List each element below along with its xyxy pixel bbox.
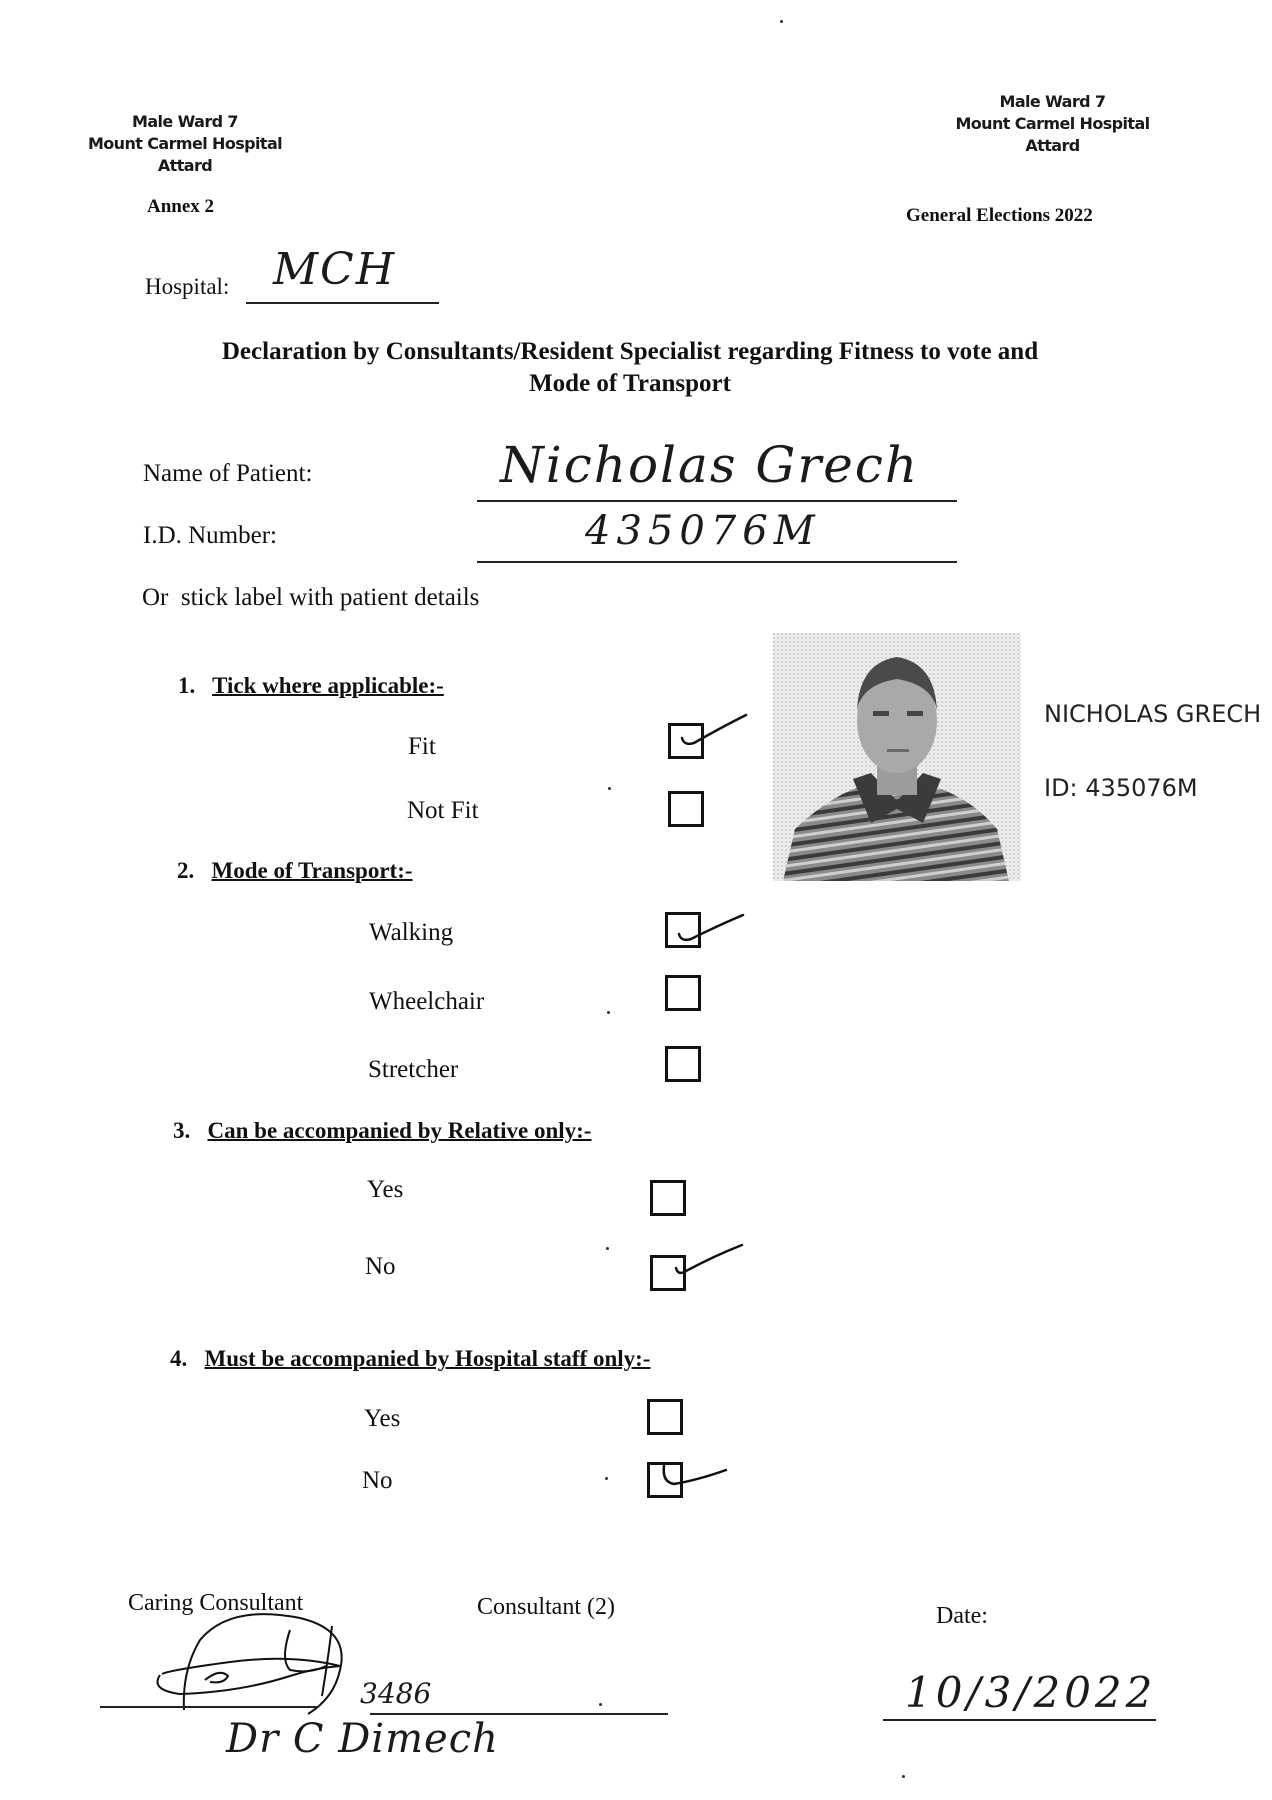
option-wheelchair-label: Wheelchair	[369, 988, 484, 1016]
section-2-title: Mode of Transport:-	[212, 858, 413, 883]
scan-speck	[608, 787, 611, 790]
handwritten-signature-icon[interactable]	[140, 1610, 390, 1720]
hospital-label: Hospital:	[145, 274, 229, 300]
checkbox-wheelchair[interactable]	[665, 975, 701, 1011]
checkbox-relative-no[interactable]	[650, 1255, 686, 1291]
form-title-line1: Declaration by Consultants/Resident Spec…	[120, 336, 1140, 368]
section-4-number: 4.	[170, 1346, 187, 1371]
patient-id-line	[477, 561, 957, 563]
option-relative-no-label: No	[365, 1253, 396, 1281]
section-4-title: Must be accompanied by Hospital staff on…	[205, 1346, 651, 1371]
signed-name: Dr C Dimech	[226, 1716, 499, 1762]
section-1-number: 1.	[178, 673, 195, 698]
option-fit-label: Fit	[408, 733, 436, 761]
date-field[interactable]: 10/3/2022	[905, 1668, 1156, 1717]
scan-speck	[607, 1011, 610, 1014]
scan-speck	[599, 1703, 602, 1706]
right-stamp-line3: Attard	[945, 135, 1160, 157]
scan-speck	[780, 20, 783, 23]
right-stamp-line1: Male Ward 7	[945, 91, 1160, 113]
registration-number: 3486	[360, 1677, 431, 1710]
checkbox-not-fit[interactable]	[668, 791, 704, 827]
consultant-2-signature-line	[370, 1713, 668, 1715]
option-staff-no-label: No	[362, 1467, 393, 1495]
patient-id-label: I.D. Number:	[143, 522, 277, 550]
patient-photo	[773, 633, 1021, 881]
section-3-number: 3.	[173, 1118, 190, 1143]
section-3-title: Can be accompanied by Relative only:-	[208, 1118, 592, 1143]
checkbox-staff-no[interactable]	[647, 1462, 683, 1498]
patient-name-label: Name of Patient:	[143, 460, 312, 488]
sticker-note: Or stick label with patient details	[142, 584, 479, 612]
caring-consultant-signature-line	[100, 1706, 318, 1708]
patient-name-field[interactable]: Nicholas Grech	[500, 436, 919, 494]
consultant-2-label: Consultant (2)	[477, 1594, 615, 1621]
option-relative-yes-label: Yes	[367, 1176, 403, 1204]
section-2-number: 2.	[177, 858, 194, 883]
annex-label: Annex 2	[147, 196, 214, 218]
label-patient-id: ID: 435076M	[1044, 774, 1198, 802]
date-label: Date:	[936, 1603, 988, 1630]
left-stamp-line2: Mount Carmel Hospital	[80, 133, 290, 155]
patient-id-field[interactable]: 435076M	[585, 508, 821, 554]
right-stamp-line2: Mount Carmel Hospital	[945, 113, 1160, 135]
checkbox-staff-yes[interactable]	[647, 1399, 683, 1435]
section-2-heading: 2. Mode of Transport:-	[177, 858, 413, 884]
option-walking-label: Walking	[369, 919, 453, 947]
left-stamp-line1: Male Ward 7	[80, 111, 290, 133]
hospital-field-line	[246, 302, 439, 304]
section-3-heading: 3. Can be accompanied by Relative only:-	[173, 1118, 591, 1144]
election-label: General Elections 2022	[906, 205, 1093, 227]
form-title-line2: Mode of Transport	[120, 368, 1140, 400]
form-title: Declaration by Consultants/Resident Spec…	[120, 336, 1140, 400]
scan-speck	[605, 1477, 608, 1480]
section-4-heading: 4. Must be accompanied by Hospital staff…	[170, 1346, 650, 1372]
date-line	[883, 1719, 1156, 1721]
checkbox-fit[interactable]	[668, 723, 704, 759]
patient-name-line	[477, 500, 957, 502]
option-staff-yes-label: Yes	[364, 1405, 400, 1433]
checkbox-stretcher[interactable]	[665, 1046, 701, 1082]
checkbox-relative-yes[interactable]	[650, 1180, 686, 1216]
patient-photo-icon	[773, 633, 1021, 881]
hospital-field[interactable]: MCH	[273, 244, 396, 295]
option-stretcher-label: Stretcher	[368, 1056, 458, 1084]
left-ward-stamp: Male Ward 7 Mount Carmel Hospital Attard	[80, 111, 290, 177]
scan-speck	[902, 1775, 905, 1778]
scan-speck	[606, 1247, 609, 1250]
section-1-heading: 1. Tick where applicable:-	[178, 673, 444, 699]
left-stamp-line3: Attard	[80, 155, 290, 177]
option-not-fit-label: Not Fit	[407, 797, 479, 825]
label-patient-name: NICHOLAS GRECH	[1044, 700, 1261, 728]
checkbox-walking[interactable]	[665, 912, 701, 948]
section-1-title: Tick where applicable:-	[212, 673, 444, 698]
right-ward-stamp: Male Ward 7 Mount Carmel Hospital Attard	[945, 91, 1160, 157]
